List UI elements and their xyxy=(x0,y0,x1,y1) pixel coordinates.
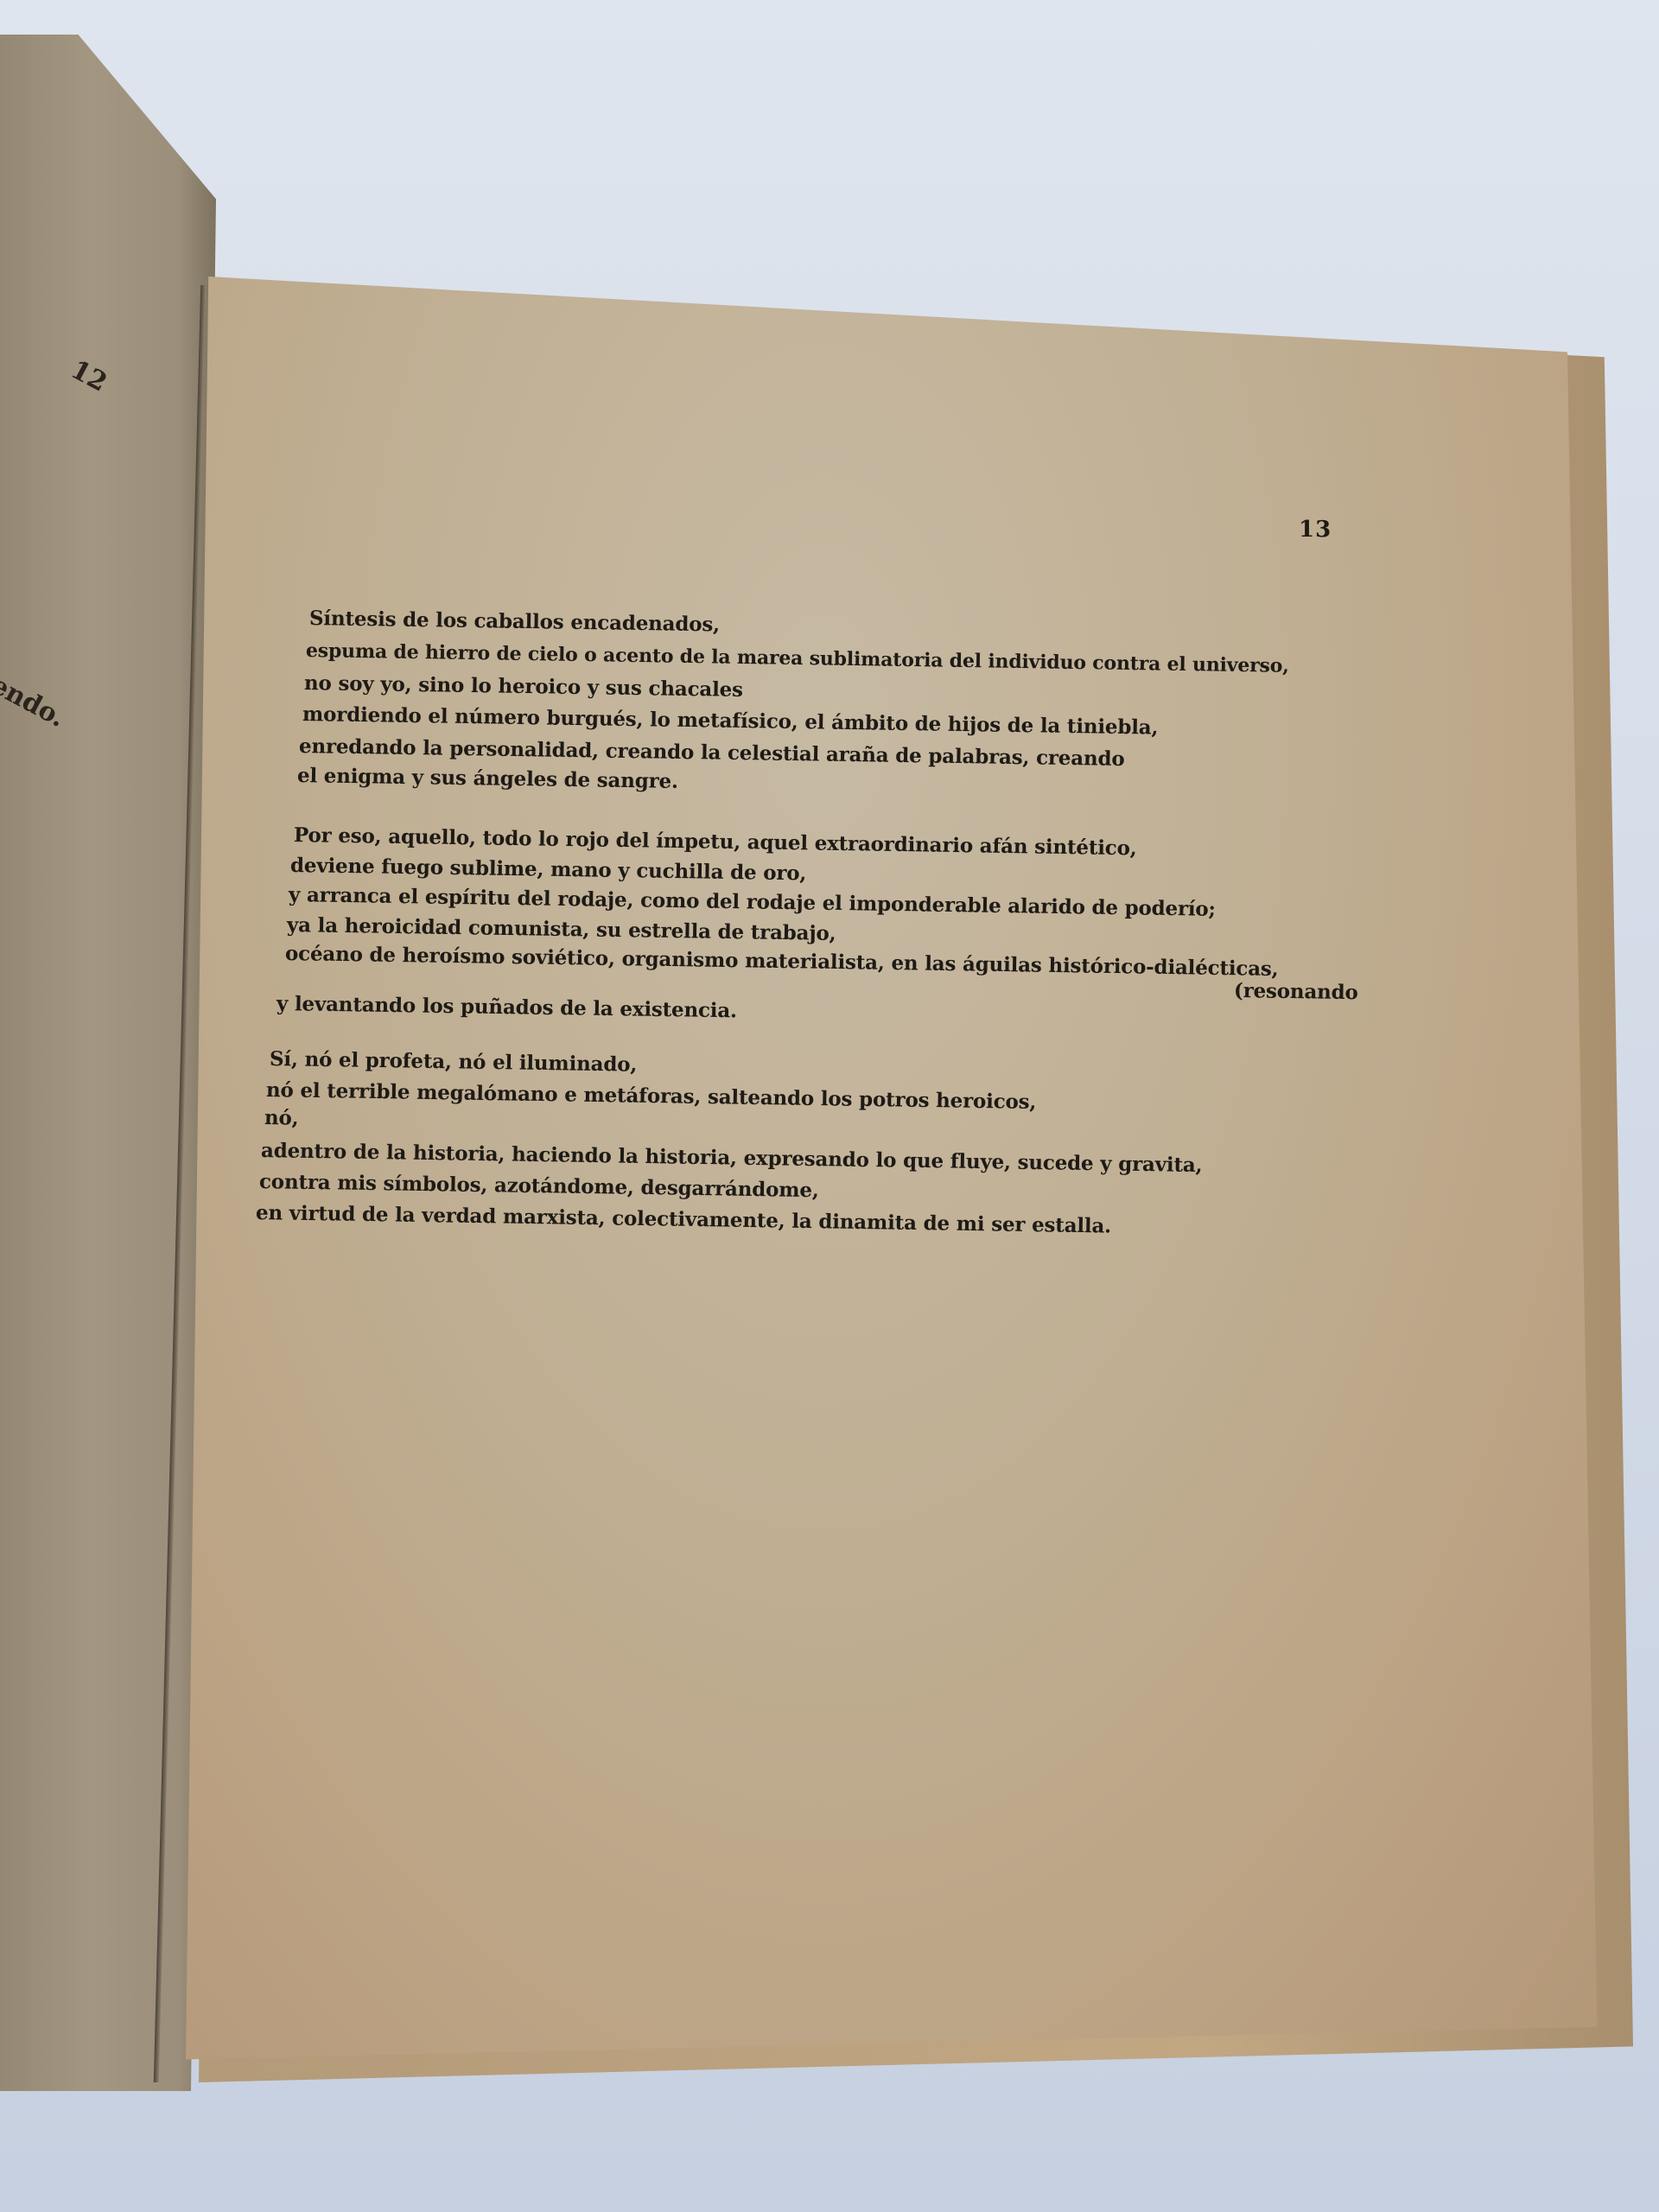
poem-line: nó, xyxy=(264,1106,299,1130)
right-page-number: 13 xyxy=(1299,517,1332,543)
photo-scene: 12 endo. 13 Síntesis de los caballos enc… xyxy=(0,0,1659,2212)
poem-line: (resonando xyxy=(1234,979,1358,1004)
